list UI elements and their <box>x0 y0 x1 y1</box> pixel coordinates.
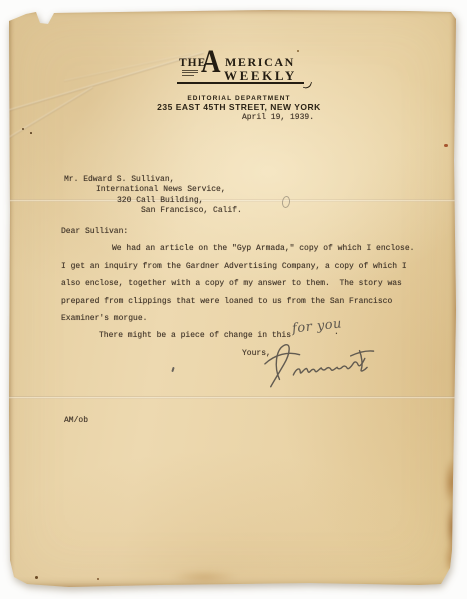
letter-paper: THE A MERICAN WEEKLY EDITORIAL DEPARTMEN… <box>9 10 456 587</box>
faint-pencil-mark <box>281 196 291 209</box>
horizontal-fold-line <box>9 396 456 399</box>
ink-speck <box>297 50 299 52</box>
recipient-address-block: Mr. Edward S. Sullivan, International Ne… <box>64 175 242 217</box>
postscript-line: There might be a piece of change in this <box>61 331 291 340</box>
american-weekly-logo: THE A MERICAN WEEKLY <box>175 52 315 92</box>
edge-stain <box>437 458 459 570</box>
rust-speck <box>444 144 448 147</box>
logo-underline-rule <box>177 82 304 84</box>
stray-pen-mark <box>171 367 174 372</box>
diagonal-crease <box>6 87 93 140</box>
ink-speck <box>22 128 24 130</box>
bottom-smudge <box>157 564 252 586</box>
signature-strokes <box>262 336 378 394</box>
recipient-line: International News Service, <box>64 185 242 195</box>
body-line: also enclose, together with a copy of my… <box>61 275 431 293</box>
letterhead-street-address: 235 EAST 45TH STREET, NEW YORK <box>104 102 374 112</box>
diagonal-crease <box>64 53 192 82</box>
salutation: Dear Sullivan: <box>61 227 128 236</box>
letter-scan: THE A MERICAN WEEKLY EDITORIAL DEPARTMEN… <box>0 0 467 599</box>
typist-initials: AM/ob <box>64 416 88 425</box>
ink-speck <box>30 132 32 134</box>
body-paragraph: We had an article on the "Gyp Armada," c… <box>61 240 431 328</box>
postscript-period: . <box>334 328 339 337</box>
date-line: April 19, 1939. <box>242 113 314 122</box>
logo-word-merican: MERICAN <box>225 56 295 68</box>
body-line: I get an inquiry from the Gardner Advert… <box>61 258 431 276</box>
body-line: We had an article on the "Gyp Armada," c… <box>61 240 431 258</box>
logo-tagline-illegible <box>182 70 198 77</box>
ink-speck <box>97 578 99 580</box>
recipient-line: Mr. Edward S. Sullivan, <box>64 175 242 185</box>
recipient-line: San Francisco, Calif. <box>64 206 242 216</box>
logo-flourish <box>303 80 312 90</box>
recipient-line: 320 Call Building, <box>64 196 242 206</box>
ink-speck <box>35 576 38 579</box>
logo-word-weekly: WEEKLY <box>224 69 297 82</box>
logo-big-a: A <box>201 46 221 79</box>
letterhead-department: EDITORIAL DEPARTMENT <box>119 95 359 102</box>
body-line: Examiner's morgue. <box>61 310 431 328</box>
handwritten-signature <box>262 336 378 394</box>
postscript-typed-text: There might be a piece of change in this <box>61 331 291 340</box>
body-line: prepared from clippings that were loaned… <box>61 293 431 311</box>
